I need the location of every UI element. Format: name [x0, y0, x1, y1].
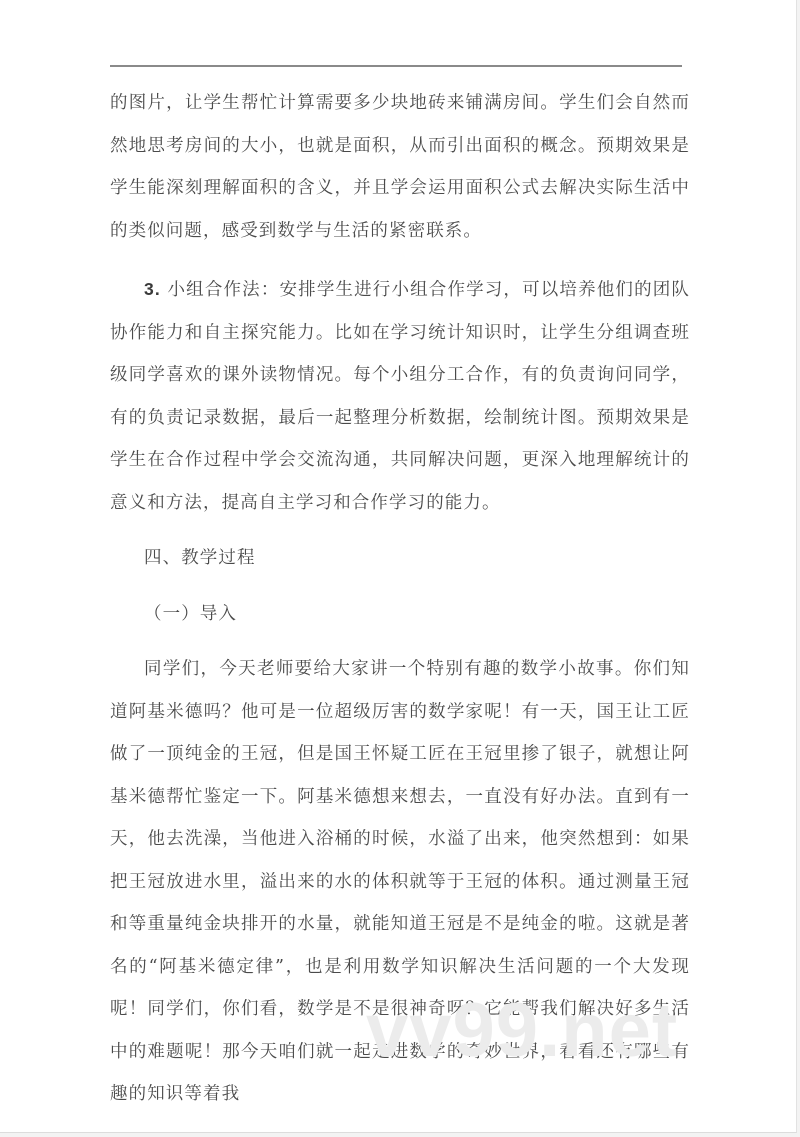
header-rule: [110, 65, 682, 67]
section-heading: 四、教学过程: [110, 537, 690, 580]
paragraph-spacer: [110, 252, 690, 268]
paragraph-area-example: 的图片，让学生帮忙计算需要多少块地砖来铺满房间。学生们会自然而然地思考房间的大小…: [110, 82, 690, 252]
paragraph-group-cooperation: 3. 小组合作法：安排学生进行小组合作学习，可以培养他们的团队协作能力和自主探究…: [110, 268, 690, 524]
document-page: 的图片，让学生帮忙计算需要多少块地砖来铺满房间。学生们会自然而然地思考房间的大小…: [0, 0, 797, 1133]
paragraph-group-cooperation-text: 小组合作法：安排学生进行小组合作学习，可以培养他们的团队协作能力和自主探究能力。…: [110, 280, 690, 513]
subsection-heading: （一）导入: [110, 593, 690, 636]
paragraph-introduction-story: 同学们，今天老师要给大家讲一个特别有趣的数学小故事。你们知道阿基米德吗？他可是一…: [110, 648, 690, 1116]
paragraph-spacer: [110, 635, 690, 648]
document-body: 的图片，让学生帮忙计算需要多少块地砖来铺满房间。学生们会自然而然地思考房间的大小…: [110, 82, 690, 1116]
list-number: 3.: [144, 279, 161, 299]
paragraph-spacer: [110, 524, 690, 537]
paragraph-spacer: [110, 580, 690, 593]
